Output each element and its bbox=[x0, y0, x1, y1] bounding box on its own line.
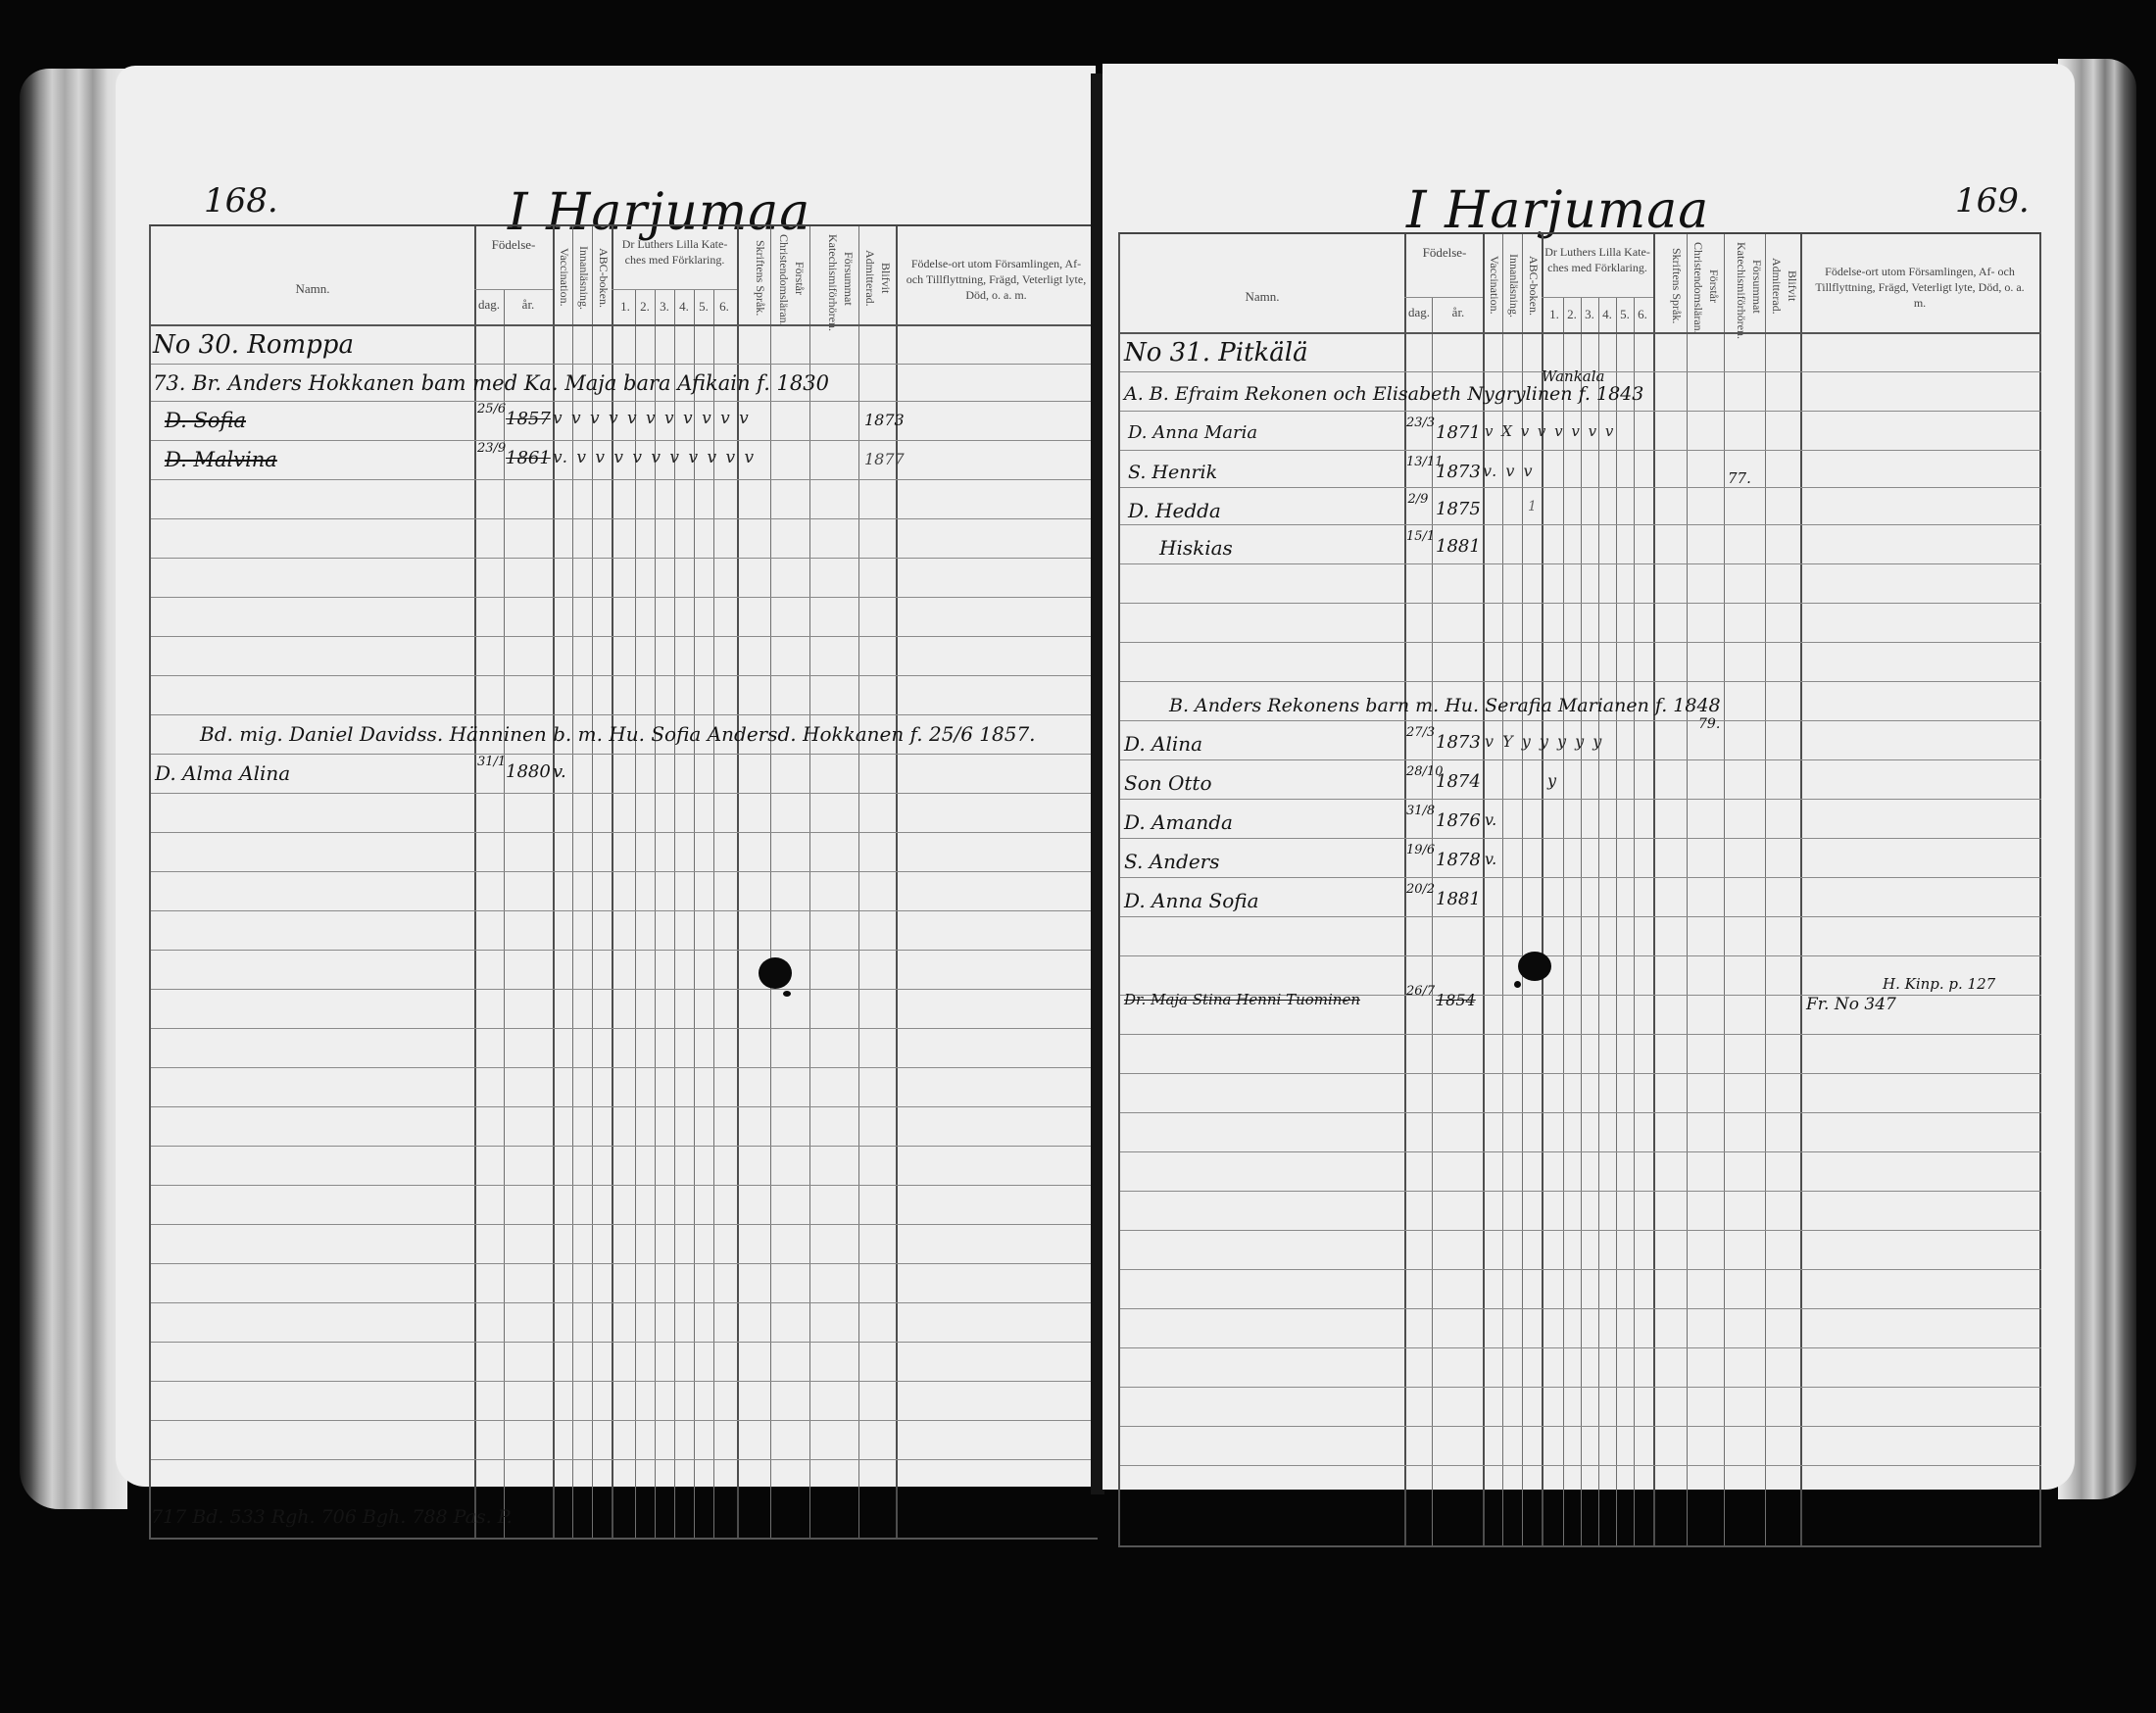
col-header-kat-5: 5. bbox=[694, 298, 713, 316]
entry-name: D. Anna Sofia bbox=[1124, 889, 1259, 912]
parish-title: I Harjumaa bbox=[1406, 181, 1709, 240]
entry-year: 1878 bbox=[1436, 850, 1481, 870]
entry-marks: v. v v bbox=[1483, 462, 1534, 480]
entry-year: 1880 bbox=[506, 761, 551, 782]
struck-entry-name: Dr. Maja Stina Henni Tuominen bbox=[1124, 991, 1360, 1008]
entry-day: 23/3 bbox=[1406, 416, 1430, 429]
col-header-abc: ABC-boken. bbox=[594, 238, 612, 317]
ink-blot bbox=[759, 957, 792, 989]
entry-marks: 1 bbox=[1528, 499, 1537, 514]
entry-year: 1874 bbox=[1436, 771, 1481, 792]
col-header-kat-3: 3. bbox=[1581, 306, 1598, 323]
entry-marks: v X v v v v v v bbox=[1485, 422, 1615, 440]
entry-day: 27/3 bbox=[1406, 726, 1430, 739]
col-header-admitterad: Blifvit Admitterad. bbox=[1767, 242, 1800, 330]
footer-note: 717 Bd. 533 Rgh. 706 Bgh. 788 Pas. P. bbox=[151, 1506, 513, 1528]
col-header-ar: år. bbox=[1434, 304, 1483, 321]
household-2-note: 79. bbox=[1698, 716, 1720, 732]
household-2-heading: Bd. mig. Daniel Davidss. Hänninen b. m. … bbox=[200, 722, 1036, 746]
col-header-fodelse: Födelse- bbox=[1406, 244, 1483, 262]
col-header-fodelse: Födelse- bbox=[474, 236, 553, 254]
struck-entry-note-above: H. Kinp. p. 127 bbox=[1883, 975, 1995, 993]
struck-entry-day: 26/7 bbox=[1406, 985, 1430, 998]
entry-name: S. Henrik bbox=[1128, 462, 1217, 483]
col-header-kat-5: 5. bbox=[1616, 306, 1634, 323]
col-header-ar: år. bbox=[504, 296, 553, 314]
col-header-kat-4: 4. bbox=[1598, 306, 1616, 323]
register-table: Namn. Födelse- dag. år. Vaccination. Inn… bbox=[149, 224, 1098, 1540]
col-header-katekes: Dr Luthers Lilla Kate-ches med Förklarin… bbox=[613, 236, 736, 268]
col-header-admitterad: Blifvit Admitterad. bbox=[860, 234, 894, 322]
entry-day: 15/1 bbox=[1406, 530, 1430, 543]
ink-blot bbox=[1518, 952, 1551, 981]
struck-entry-year: 1854 bbox=[1436, 991, 1476, 1009]
entry-marks: y bbox=[1547, 771, 1556, 790]
entry-day: 13/11 bbox=[1406, 456, 1430, 468]
col-header-forstar: Förstår Christendomsläran. bbox=[1689, 242, 1722, 330]
col-header-kat-1: 1. bbox=[615, 298, 635, 316]
entry-day: 31/1 bbox=[477, 756, 499, 768]
entry-name: D. Malvina bbox=[165, 448, 277, 471]
col-header-forsummat: Försummat Katechismiförhören. bbox=[811, 234, 857, 322]
col-header-katekes: Dr Luthers Lilla Kate-ches med Förklarin… bbox=[1543, 244, 1651, 275]
col-header-forsummat: Försummat Katechismiförhören. bbox=[1726, 242, 1765, 330]
page-number: 169. bbox=[1955, 181, 2030, 220]
col-header-forstar: Förstår Christendomsläran. bbox=[772, 234, 808, 322]
col-header-dag: dag. bbox=[474, 296, 504, 314]
entry-day: 28/10 bbox=[1406, 765, 1430, 778]
household-heading: No 31. Pitkälä bbox=[1124, 338, 1308, 367]
col-header-anmarkningar: Födelse-ort utom Församlingen, Af- och T… bbox=[906, 256, 1087, 304]
col-header-kat-3: 3. bbox=[655, 298, 674, 316]
household-head-entry: A. B. Efraim Rekonen och Elisabeth Nygry… bbox=[1124, 383, 1643, 405]
page-number: 168. bbox=[204, 181, 278, 220]
entry-year: 1881 bbox=[1436, 536, 1481, 557]
household-heading: No 30. Romppa bbox=[153, 330, 354, 360]
ink-blot bbox=[783, 991, 791, 997]
struck-entry-note: Fr. No 347 bbox=[1806, 995, 1896, 1014]
register-table: Namn. Födelse- dag. år. Vaccination. Inn… bbox=[1118, 232, 2041, 1547]
col-header-vaccination: Vaccination. bbox=[1485, 246, 1502, 324]
entry-name: D. Hedda bbox=[1128, 499, 1221, 522]
household-head-entry: 73. Br. Anders Hokkanen bam med Ka. Maja… bbox=[153, 371, 829, 395]
entry-day: 19/6 bbox=[1406, 844, 1430, 856]
col-header-kat-4: 4. bbox=[674, 298, 694, 316]
entry-marks: v. v v v v v v v v v v bbox=[553, 448, 756, 467]
entry-name: S. Anders bbox=[1124, 850, 1220, 873]
col-header-kat-2: 2. bbox=[635, 298, 655, 316]
col-header-kat-6: 6. bbox=[713, 298, 735, 316]
entry-name: Son Otto bbox=[1124, 771, 1212, 795]
ink-blot bbox=[1514, 981, 1521, 988]
entry-day: 23/9 bbox=[477, 442, 499, 455]
entry-marks: v Y y y y y y bbox=[1485, 732, 1603, 751]
entry-year: 1873 bbox=[1436, 732, 1481, 753]
col-header-kat-2: 2. bbox=[1563, 306, 1581, 323]
entry-year: 1873 bbox=[1436, 462, 1481, 482]
entry-admitted: 1873 bbox=[864, 411, 905, 429]
col-header-namn: Namn. bbox=[1120, 288, 1404, 306]
entry-name: D. Alma Alina bbox=[155, 761, 290, 785]
entry-name: D. Anna Maria bbox=[1128, 422, 1257, 443]
col-header-namn: Namn. bbox=[151, 280, 474, 298]
col-header-anmarkningar: Födelse-ort utom Församlingen, Af- och T… bbox=[1812, 264, 2028, 312]
col-header-dag: dag. bbox=[1406, 304, 1432, 321]
col-header-skriftens: Skriftens Språk. bbox=[1655, 242, 1685, 330]
entry-day: 25/6 bbox=[477, 403, 499, 416]
entry-name: D. Sofia bbox=[165, 409, 246, 432]
entry-year: 1871 bbox=[1436, 422, 1481, 443]
right-page: 169. I Harjumaa Namn. Födelse- dag. år. … bbox=[1102, 64, 2075, 1490]
entry-marks: v. bbox=[1485, 810, 1496, 829]
household-2-heading: B. Anders Rekonens barn m. Hu. Serafia M… bbox=[1169, 695, 1721, 716]
entry-name: Hiskias bbox=[1159, 536, 1233, 560]
left-page: 168. I Harjumaa Namn. Födelse- dag. år. … bbox=[116, 66, 1096, 1487]
col-header-kat-1: 1. bbox=[1545, 306, 1563, 323]
entry-year: 1876 bbox=[1436, 810, 1481, 831]
entry-day: 31/8 bbox=[1406, 805, 1430, 817]
entry-year: 1881 bbox=[1436, 889, 1481, 909]
entry-year: 1857 bbox=[506, 409, 551, 429]
entry-name: D. Alina bbox=[1124, 732, 1202, 756]
entry-forsummat: 77. bbox=[1728, 469, 1751, 487]
entry-day: 20/2 bbox=[1406, 883, 1430, 896]
entry-marks: v v v v v v v v v v v bbox=[553, 409, 751, 428]
entry-marks: v. bbox=[553, 761, 566, 782]
entry-admitted: 1877 bbox=[864, 450, 905, 468]
col-header-innanlasning: Innanläsning. bbox=[1504, 246, 1522, 324]
col-header-skriftens: Skriftens Språk. bbox=[739, 234, 768, 322]
entry-name: D. Amanda bbox=[1124, 810, 1233, 834]
col-header-abc: ABC-boken. bbox=[1524, 246, 1542, 324]
entry-year: 1861 bbox=[506, 448, 551, 468]
book-edge-left bbox=[20, 69, 127, 1509]
entry-day: 2/9 bbox=[1406, 493, 1430, 506]
entry-year: 1875 bbox=[1436, 499, 1481, 519]
col-header-kat-6: 6. bbox=[1634, 306, 1651, 323]
col-header-vaccination: Vaccination. bbox=[555, 238, 572, 317]
col-header-innanlasning: Innanläsning. bbox=[574, 238, 592, 317]
entry-marks: v. bbox=[1485, 850, 1496, 868]
